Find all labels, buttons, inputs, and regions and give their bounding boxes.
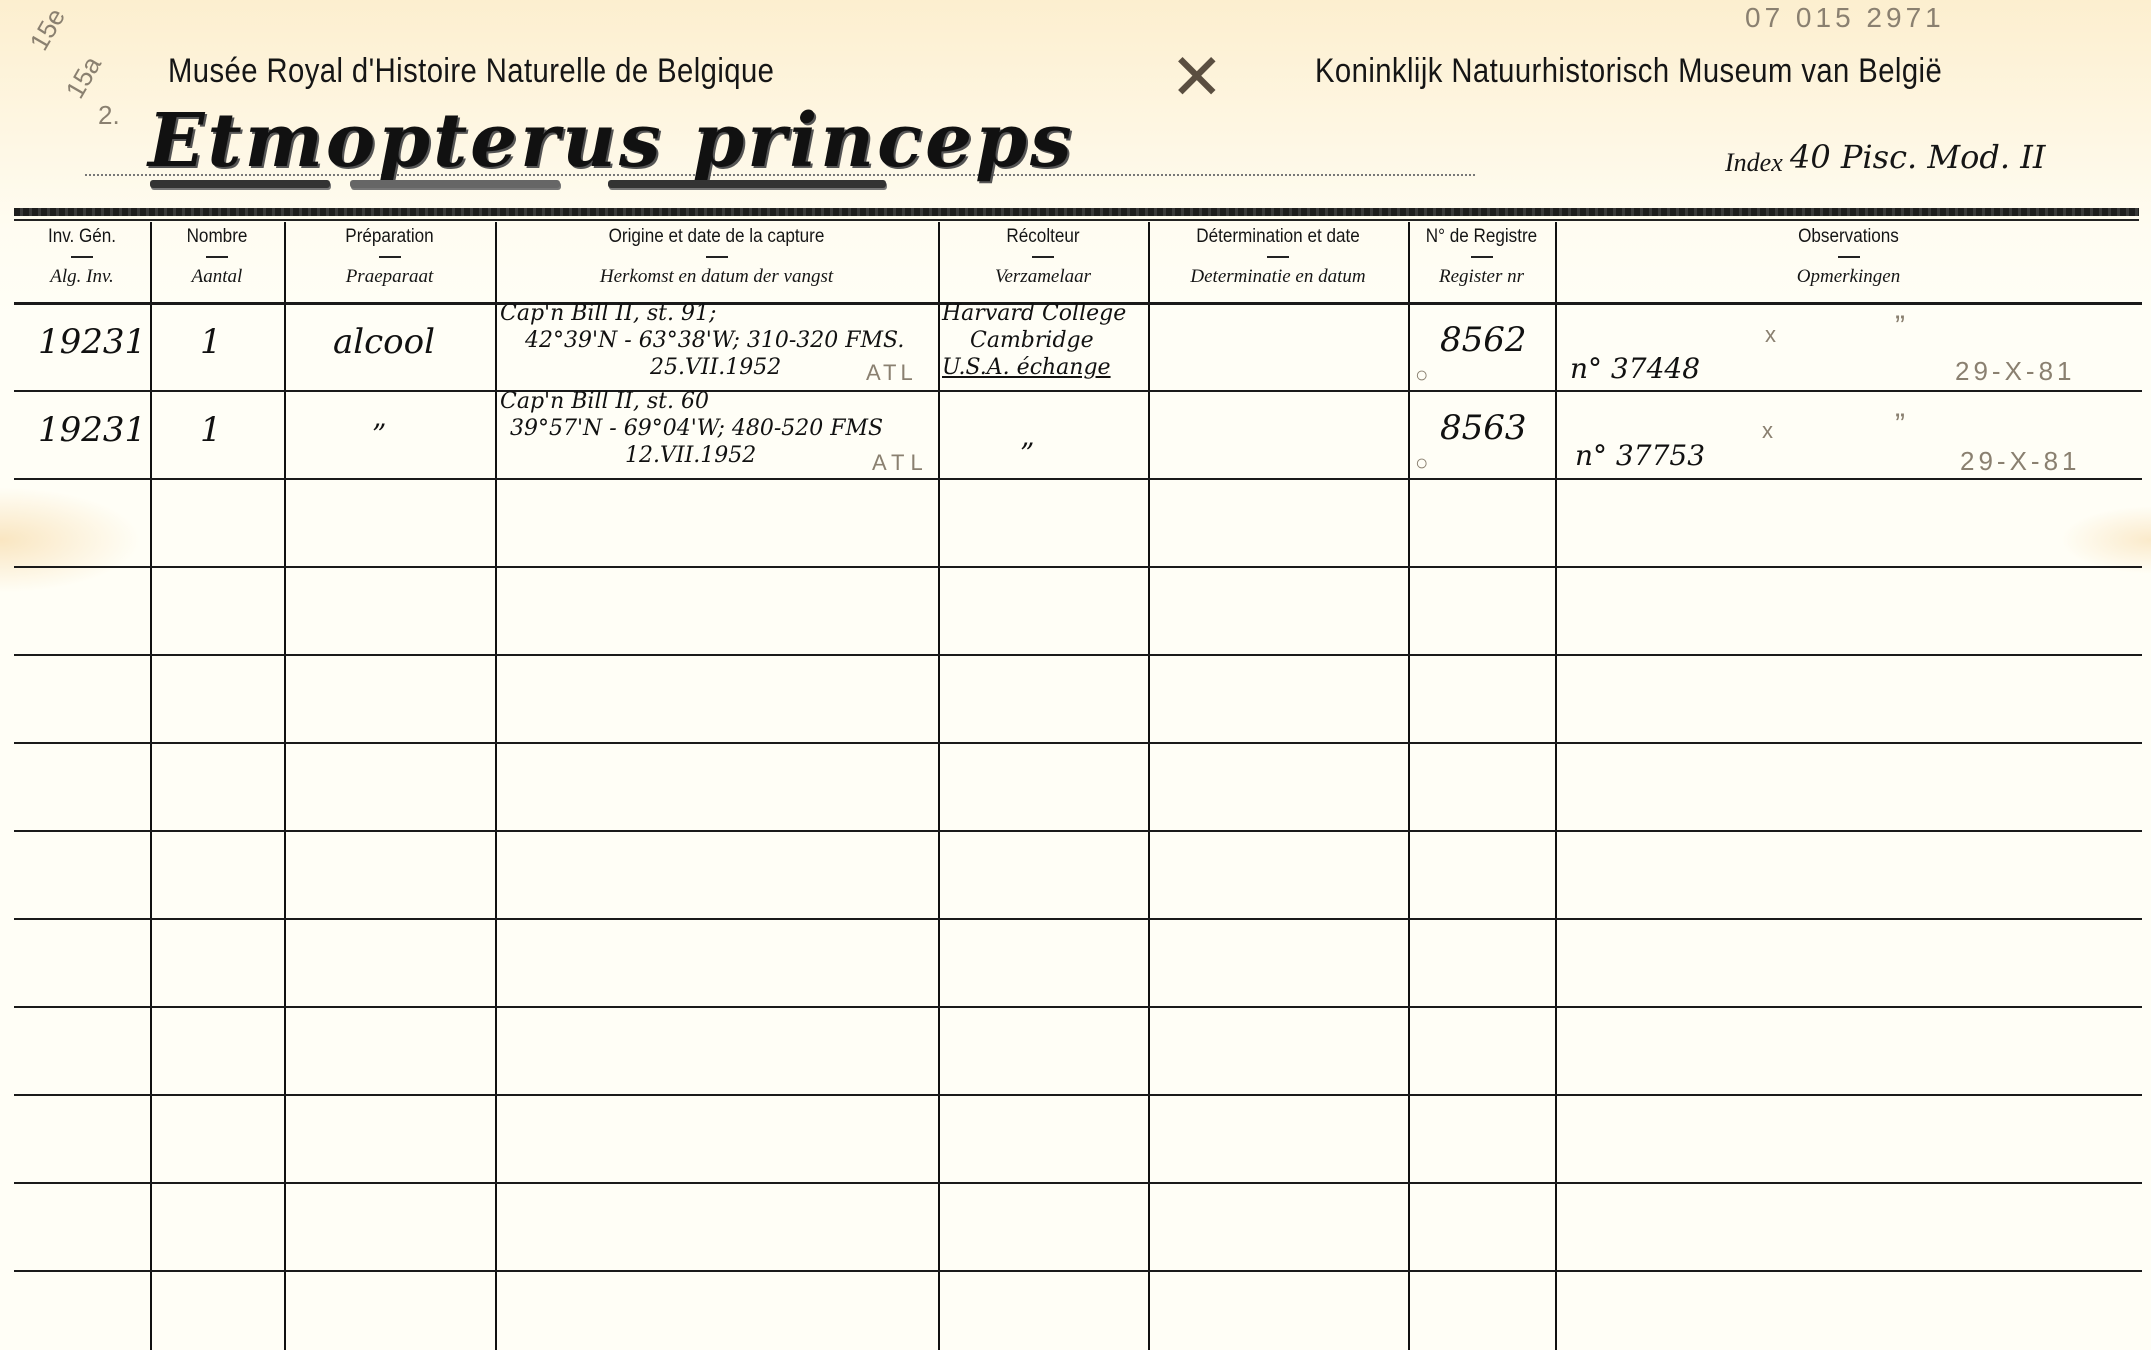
pencil-date: 29-X-81	[1955, 356, 2076, 387]
row-divider	[14, 478, 2142, 480]
origin-date: 12.VII.1952	[625, 442, 756, 469]
index-label: Index	[1725, 148, 1783, 178]
header-rule-thin	[14, 219, 2139, 221]
column-header-fr: Détermination et date	[1161, 226, 1395, 248]
preparation: alcool	[333, 322, 435, 362]
row-divider	[14, 1094, 2142, 1096]
margin-notes: 15e 15a 2.	[18, 10, 128, 140]
column-header-nl: Verzamelaar	[938, 266, 1148, 288]
column-header-nl: Register nr	[1408, 266, 1555, 288]
preparation: ”	[372, 418, 386, 451]
collector-line: Cambridge	[970, 327, 1094, 354]
header-dash	[206, 256, 228, 258]
column-header: RécolteurVerzamelaar	[938, 226, 1148, 288]
column-header-fr: Récolteur	[949, 226, 1138, 248]
column-header-nl: Herkomst en datum der vangst	[495, 266, 938, 288]
header-dash	[1471, 256, 1493, 258]
column-header-fr: N° de Registre	[1415, 226, 1547, 248]
origin-line: Cap'n Bill II, st. 91;	[500, 300, 716, 327]
register-number: 8562	[1440, 320, 1527, 360]
header-dash	[706, 256, 728, 258]
institution-name-fr: Musée Royal d'Histoire Naturelle de Belg…	[168, 52, 774, 91]
column-header: NombreAantal	[150, 226, 284, 288]
column-header: N° de RegistreRegister nr	[1408, 226, 1555, 288]
row-divider	[14, 1270, 2142, 1272]
pencil-date: 29-X-81	[1960, 446, 2081, 477]
observation: n° 37753	[1575, 442, 1705, 469]
header-dash	[379, 256, 401, 258]
column-header-fr: Préparation	[295, 226, 485, 248]
species-underline	[350, 180, 560, 188]
observation: n° 37448	[1570, 355, 1700, 382]
origin-line: 42°39'N - 63°38'W; 310-320 FMS.	[525, 327, 904, 354]
origin-line: Cap'n Bill II, st. 60	[500, 388, 709, 415]
row-divider	[14, 742, 2142, 744]
column-header: Inv. Gén.Alg. Inv.	[14, 226, 150, 288]
origin-date: 25.VII.1952	[650, 354, 781, 381]
origin-tag: ATL	[872, 450, 929, 476]
inv-number: 19231	[38, 322, 146, 362]
institution-name-nl: Koninklijk Natuurhistorisch Museum van B…	[1315, 52, 1942, 91]
register-mark: ○	[1415, 450, 1428, 476]
column-header: Détermination et dateDeterminatie en dat…	[1148, 226, 1408, 288]
pencil-check: x	[1765, 322, 1776, 348]
margin-note: 2.	[98, 100, 120, 131]
species-underline	[150, 180, 330, 188]
row-divider	[14, 654, 2142, 656]
row-divider	[14, 1006, 2142, 1008]
origin-line: 39°57'N - 69°04'W; 480-520 FMS	[510, 415, 883, 442]
index-card: 15e 15a 2. 07 015 2971 Musée Royal d'His…	[0, 0, 2151, 1350]
column-header-nl: Alg. Inv.	[14, 266, 150, 288]
column-header-nl: Aantal	[150, 266, 284, 288]
index-value: 40 Pisc. Mod. II	[1790, 138, 2045, 176]
pencil-check: x	[1762, 418, 1773, 444]
count: 1	[200, 410, 222, 450]
row-divider	[14, 1182, 2142, 1184]
species-name: Etmopterus princeps	[148, 98, 1075, 184]
header-dash	[71, 256, 93, 258]
column-header-nl: Opmerkingen	[1555, 266, 2142, 288]
count: 1	[200, 322, 222, 362]
header-rule	[14, 208, 2139, 216]
register-mark: ○	[1415, 362, 1428, 388]
origin-tag: ATL	[866, 360, 917, 386]
column-header: ObservationsOpmerkingen	[1555, 226, 2142, 288]
pencil-ditto: ”	[1895, 310, 1905, 344]
margin-note: 15a	[59, 51, 108, 104]
collector-line: Harvard College	[942, 300, 1126, 327]
row-divider	[14, 918, 2142, 920]
check-mark: ✕	[1170, 40, 1224, 115]
register-number: 8563	[1440, 408, 1527, 448]
row-divider	[14, 390, 2142, 392]
margin-note: 15e	[23, 3, 72, 56]
header-dash	[1838, 256, 1860, 258]
row-divider	[14, 566, 2142, 568]
collector-line: U.S.A. échange	[942, 354, 1111, 381]
catalog-stamp: 07 015 2971	[1745, 2, 1945, 34]
column-header: PréparationPraeparaat	[284, 226, 495, 288]
collector-line: ”	[1020, 440, 1034, 467]
column-header-nl: Praeparaat	[284, 266, 495, 288]
row-divider	[14, 830, 2142, 832]
column-header-fr: Origine et date de la capture	[517, 226, 916, 248]
column-header: Origine et date de la captureHerkomst en…	[495, 226, 938, 288]
column-header-fr: Inv. Gén.	[21, 226, 143, 248]
inv-number: 19231	[38, 410, 146, 450]
header-dash	[1032, 256, 1054, 258]
column-header-nl: Determinatie en datum	[1148, 266, 1408, 288]
pencil-ditto: ”	[1895, 408, 1905, 442]
column-header-fr: Nombre	[157, 226, 278, 248]
species-underline	[608, 180, 886, 188]
header-dash	[1267, 256, 1289, 258]
column-header-fr: Observations	[1584, 226, 2112, 248]
